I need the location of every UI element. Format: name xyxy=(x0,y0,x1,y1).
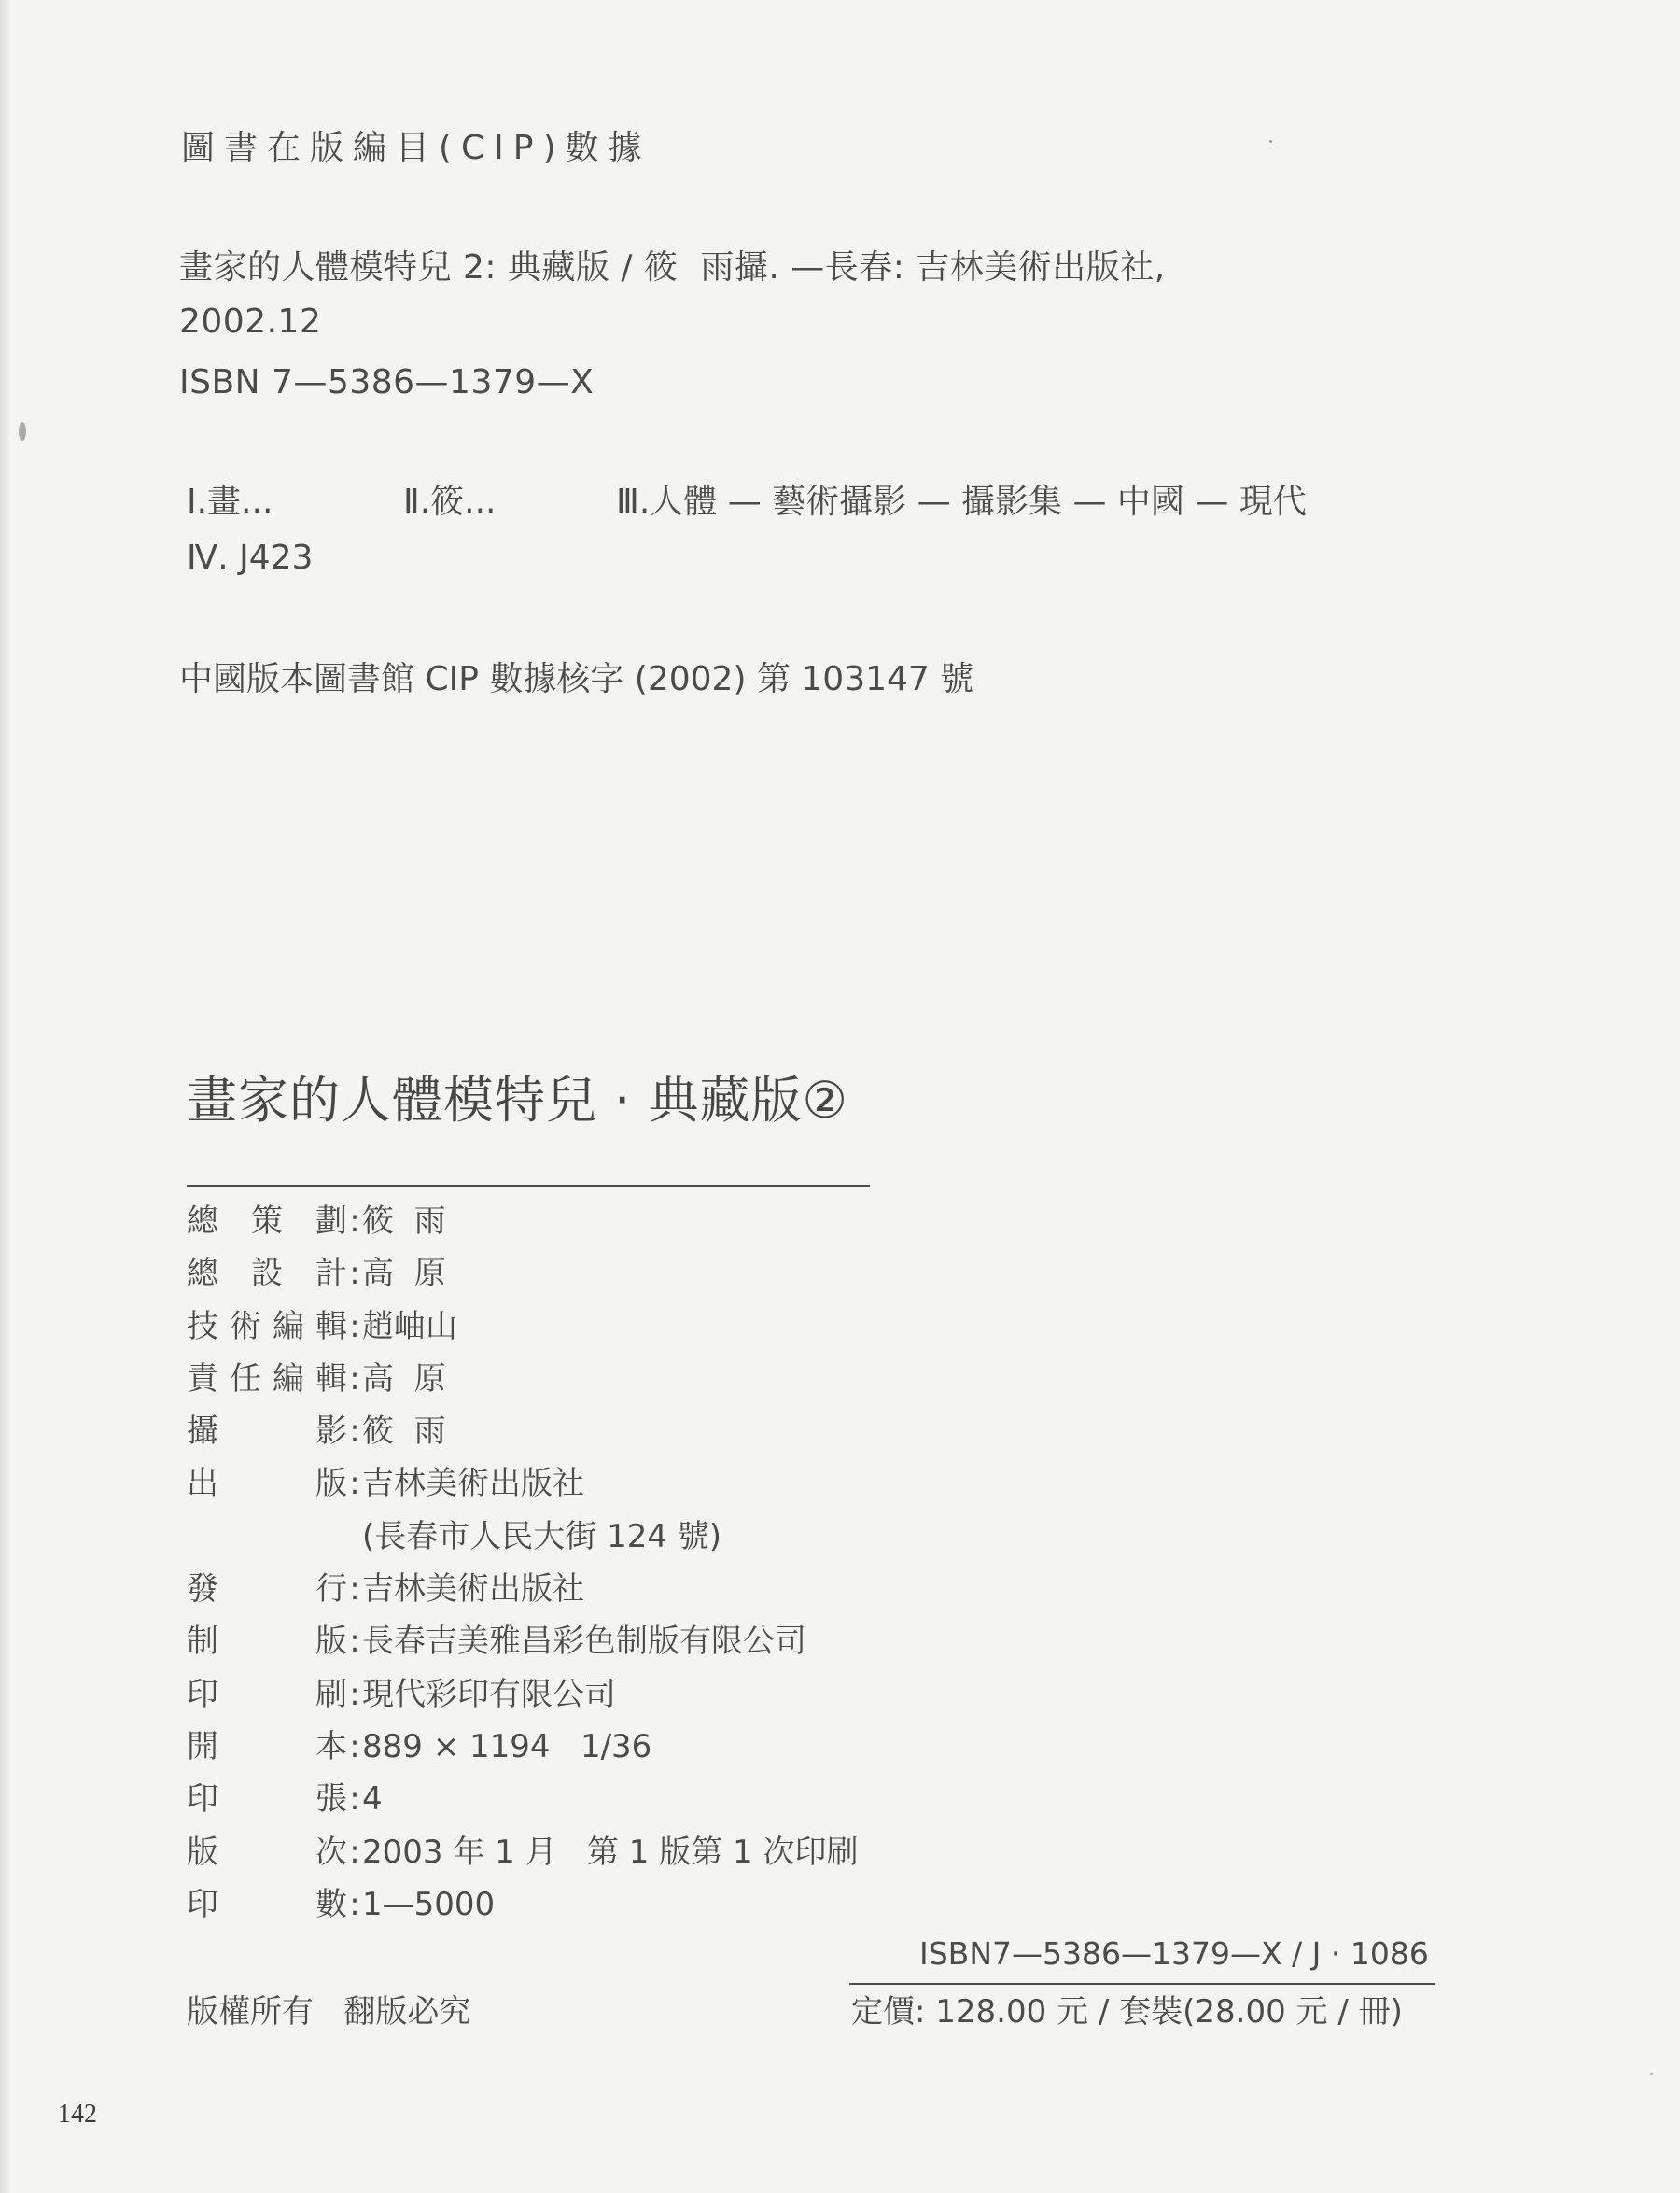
credit-label-char: 版 xyxy=(315,1464,347,1503)
credit-label-char: 設 xyxy=(251,1254,283,1293)
credit-label-char: 任 xyxy=(230,1359,261,1399)
credit-label-char: 制 xyxy=(187,1622,218,1661)
credit-value: 高 原 xyxy=(362,1254,446,1293)
page-edge-shadow xyxy=(0,0,9,2193)
price: 定價: 128.00 元 / 套裝(28.00 元 / 冊) xyxy=(851,1996,1403,2028)
credit-label: 發行 xyxy=(187,1569,347,1609)
credit-label: 印張 xyxy=(187,1779,347,1819)
credit-label: 技術編輯 xyxy=(187,1307,347,1346)
credit-label-char: 開 xyxy=(187,1727,218,1766)
page-number: 142 xyxy=(58,2102,97,2128)
cip-isbn-line: ISBN 7—5386—1379—X xyxy=(179,366,594,400)
credit-colon: : xyxy=(347,1254,362,1293)
cip-date-line: 2002.12 xyxy=(179,305,321,339)
credit-value: 吉林美術出版社 xyxy=(362,1464,584,1503)
classification-ii: Ⅱ.筱... xyxy=(403,485,497,519)
credit-colon: : xyxy=(347,1412,362,1451)
credit-label-char: 劃 xyxy=(315,1202,347,1241)
credit-label-char: 印 xyxy=(187,1885,218,1924)
credit-label-char: 輯 xyxy=(315,1359,347,1399)
credit-label-char: 本 xyxy=(315,1727,347,1766)
credit-colon: : xyxy=(347,1464,362,1503)
credit-label-char: 策 xyxy=(251,1202,283,1241)
credit-label-char: 計 xyxy=(315,1254,347,1293)
classification-iii: Ⅲ.人體 — 藝術攝影 — 攝影集 — 中國 — 現代 xyxy=(616,485,1307,519)
credit-colon: : xyxy=(347,1675,362,1714)
credit-colon: : xyxy=(347,1569,362,1609)
credit-colon: : xyxy=(347,1622,362,1661)
credit-value: 889 × 1194 1/36 xyxy=(362,1727,651,1766)
credit-label-char: 刷 xyxy=(315,1675,347,1714)
credit-colon: : xyxy=(347,1779,362,1819)
credit-colon: : xyxy=(347,1202,362,1241)
credit-label-char: 版 xyxy=(187,1833,218,1872)
credit-value: 長春吉美雅昌彩色制版有限公司 xyxy=(362,1622,806,1661)
credit-label-char: 編 xyxy=(273,1307,304,1346)
credit-label-char: 技 xyxy=(187,1307,218,1346)
credit-value: 4 xyxy=(362,1779,383,1819)
credit-colon: : xyxy=(347,1885,362,1924)
credit-value: 1—5000 xyxy=(362,1885,495,1924)
price-divider xyxy=(849,1983,1435,1985)
credit-value: 趙岫山 xyxy=(362,1307,457,1346)
credit-label: 總設計 xyxy=(187,1254,347,1293)
credit-label: 印刷 xyxy=(187,1675,347,1714)
credit-label-char: 輯 xyxy=(315,1307,347,1346)
credit-label-char: 張 xyxy=(315,1779,347,1819)
credit-colon: : xyxy=(347,1307,362,1346)
credit-label-char: 行 xyxy=(315,1569,347,1609)
copyright-notice: 版權所有 翻版必究 xyxy=(187,1996,470,2028)
credit-colon: : xyxy=(347,1359,362,1399)
credit-label-char: 次 xyxy=(315,1833,347,1872)
credit-label: 出版 xyxy=(187,1464,347,1503)
credit-label: 總策劃 xyxy=(187,1202,347,1241)
credit-label: 開本 xyxy=(187,1727,347,1766)
book-title: 畫家的人體模特兒 · 典藏版② xyxy=(187,1075,848,1126)
credit-label-char: 攝 xyxy=(187,1412,218,1451)
isbn-classification: ISBN7—5386—1379—X / J · 1086 xyxy=(919,1938,1429,1969)
credit-label-char: 編 xyxy=(273,1359,304,1399)
credit-colon: : xyxy=(347,1727,362,1766)
credit-label-char: 術 xyxy=(230,1307,261,1346)
paper-smudge xyxy=(19,422,26,441)
credit-value: 吉林美術出版社 xyxy=(362,1569,584,1609)
cip-header: 圖書在版編目(CIP)數據 xyxy=(181,132,651,165)
paper-speck xyxy=(1269,140,1272,143)
credit-label-char: 責 xyxy=(187,1359,218,1399)
credit-label: 制版 xyxy=(187,1622,347,1661)
title-divider xyxy=(187,1185,870,1187)
credit-value: 筱 雨 xyxy=(362,1412,446,1451)
credit-label-char: 影 xyxy=(315,1412,347,1451)
credit-label: 版次 xyxy=(187,1833,347,1872)
credit-label-char: 印 xyxy=(187,1779,218,1819)
credit-label: 印數 xyxy=(187,1885,347,1924)
credit-value: 筱 雨 xyxy=(362,1202,446,1241)
cip-title-line: 畫家的人體模特兒 2: 典藏版 / 筱 雨攝. —長春: 吉林美術出版社, xyxy=(179,251,1166,285)
credit-label-char: 總 xyxy=(187,1254,218,1293)
credit-label-char: 發 xyxy=(187,1569,218,1609)
credit-colon: : xyxy=(347,1833,362,1872)
credit-label-char: 出 xyxy=(187,1464,218,1503)
classification-iv: Ⅳ. J423 xyxy=(187,541,313,575)
credit-value: (長春市人民大街 124 號) xyxy=(362,1517,721,1556)
credit-label-char: 印 xyxy=(187,1675,218,1714)
classification-i: Ⅰ.畫... xyxy=(187,485,273,519)
credit-label-char: 總 xyxy=(187,1202,218,1241)
paper-speck xyxy=(1650,2073,1653,2075)
credit-label-char: 數 xyxy=(315,1885,347,1924)
credit-label: 攝影 xyxy=(187,1412,347,1451)
credit-label-char: 版 xyxy=(315,1622,347,1661)
credit-value: 高 原 xyxy=(362,1359,446,1399)
credit-value: 2003 年 1 月 第 1 版第 1 次印刷 xyxy=(362,1833,859,1872)
cip-approval-number: 中國版本圖書館 CIP 數據核字 (2002) 第 103147 號 xyxy=(179,663,973,696)
credit-value: 現代彩印有限公司 xyxy=(362,1675,616,1714)
credit-label: 責任編輯 xyxy=(187,1359,347,1399)
